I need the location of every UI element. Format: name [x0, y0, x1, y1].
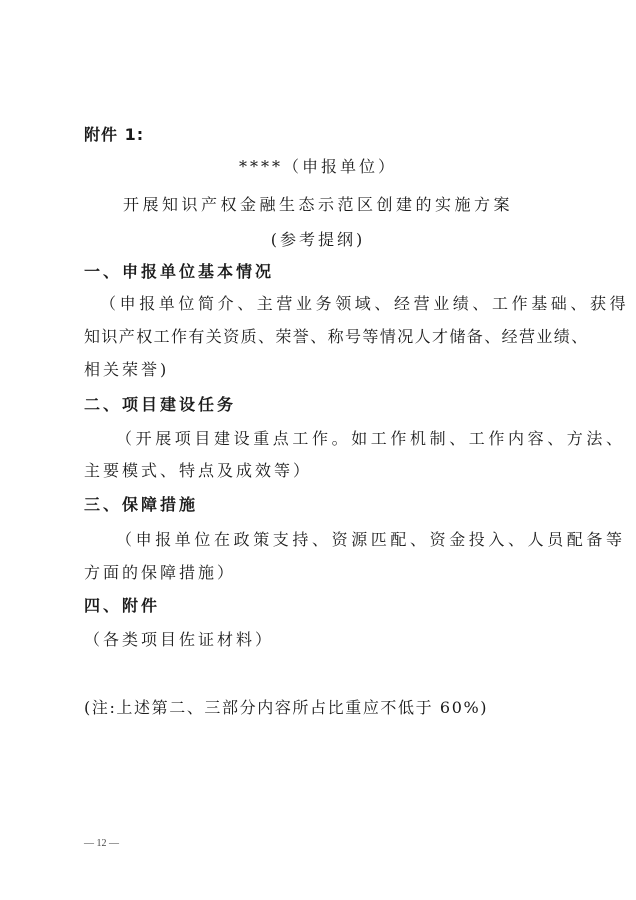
page-number: — 12 —: [84, 838, 119, 849]
applicant-unit-line: ****（申报单位）: [0, 157, 636, 177]
section-1-body-line: 知识产权工作有关资质、荣誉、称号等情况人才储备、经营业绩、: [84, 327, 564, 347]
section-3-body-line: 方面的保障措施）: [84, 563, 564, 583]
section-1-body-line: （申报单位简介、主营业务领域、经营业绩、工作基础、获得: [100, 294, 564, 314]
document-title: 开展知识产权金融生态示范区创建的实施方案: [0, 195, 636, 215]
section-3-body-line: （申报单位在政策支持、资源匹配、资金投入、人员配备等: [116, 530, 564, 550]
document-page: 附件 1: ****（申报单位） 开展知识产权金融生态示范区创建的实施方案 (参…: [0, 0, 636, 900]
section-1-body-line: 相关荣誉): [84, 360, 564, 380]
section-4-heading: 四、附件: [84, 596, 564, 616]
attachment-label: 附件 1:: [84, 125, 564, 145]
section-2-heading: 二、项目建设任务: [84, 395, 564, 415]
proportion-note: (注:上述第二、三部分内容所占比重应不低于 60%): [84, 698, 564, 718]
section-1-heading: 一、申报单位基本情况: [84, 262, 564, 282]
section-4-body-line: （各类项目佐证材料）: [84, 630, 564, 650]
section-3-heading: 三、保障措施: [84, 495, 564, 515]
section-2-body-line: 主要模式、特点及成效等）: [84, 461, 564, 481]
section-2-body-line: （开展项目建设重点工作。如工作机制、工作内容、方法、: [116, 429, 564, 449]
document-subtitle: (参考提纲): [0, 230, 636, 250]
